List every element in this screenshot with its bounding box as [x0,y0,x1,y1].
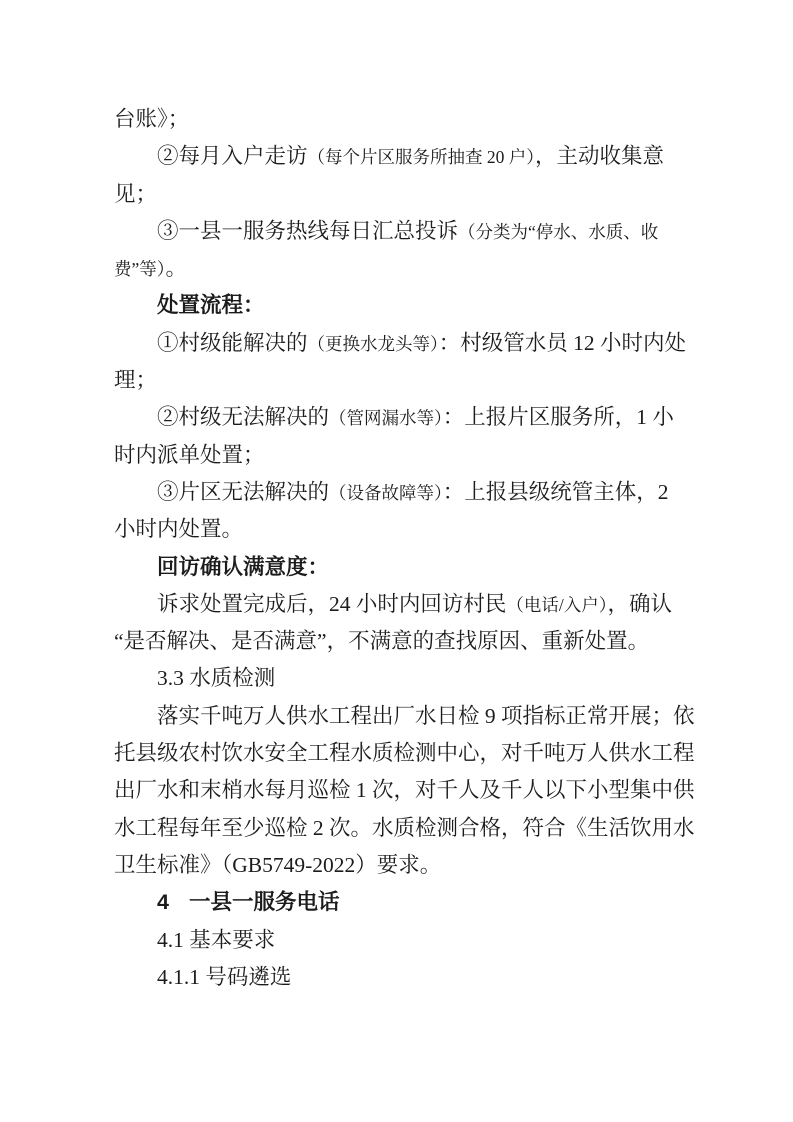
small-text-run: （分类为“停水、水质、收 [458,222,658,242]
text-line: 小时内处置。 [114,511,692,548]
document-page: 台账》；②每月入户走访（每个片区服务所抽查 20 户），主动收集意见；③一县一服… [0,0,793,1122]
text-run: ，主动收集意 [535,144,664,168]
text-run: 见； [114,182,157,206]
text-run: “是否解决、是否满意”，不满意的查找原因、重新处置。 [114,629,649,653]
text-line: 托县级农村饮水安全工程水质检测中心，对千吨万人供水工程 [114,735,692,772]
text-line: ②每月入户走访（每个片区服务所抽查 20 户），主动收集意 [114,138,692,175]
text-run: ①村级能解决的 [157,331,308,355]
small-text-run: （每个片区服务所抽查 20 户） [308,147,536,167]
text-line: ①村级能解决的（更换水龙头等）：村级管水员 12 小时内处 [114,325,692,362]
text-run: ③一县一服务热线每日汇总投诉 [157,219,458,243]
text-run: 4.1.1 号码遴选 [157,965,291,989]
text-line: 处置流程： [114,287,692,324]
text-run: 。 [166,256,188,280]
text-run: 4.1 基本要求 [157,928,275,952]
text-run: ：上报片区服务所，1 小 [443,405,674,429]
text-run: ：村级管水员 12 小时内处 [439,331,686,355]
small-text-run: （管网漏水等） [329,408,443,428]
chapter-heading-text: 一县一服务电话 [189,890,340,914]
bold-heading-text: 回访确认满意度： [157,555,329,579]
small-text-run: 费”等） [114,259,166,279]
text-line: 3.3 水质检测 [114,660,692,697]
text-run: ②村级无法解决的 [157,405,329,429]
text-run: 理； [114,368,157,392]
text-run: ②每月入户走访 [157,144,308,168]
text-line: 见； [114,176,692,213]
text-run: 3.3 水质检测 [157,666,275,690]
small-text-run: （更换水龙头等） [308,334,439,354]
text-line: ②村级无法解决的（管网漏水等）：上报片区服务所，1 小 [114,399,692,436]
text-run: 水工程每年至少巡检 2 次。水质检测合格，符合《生活饮用水 [114,816,695,840]
text-run: 出厂水和末梢水每月巡检 1 次，对千人及千人以下小型集中供 [114,778,695,802]
text-run: 托县级农村饮水安全工程水质检测中心，对千吨万人供水工程 [114,741,695,765]
text-run: 卫生标准》（GB5749-2022）要求。 [114,853,441,877]
text-line: 台账》； [114,101,692,138]
small-text-run: （设备故障等） [329,483,443,503]
text-run: ，确认 [608,592,673,616]
text-run: ③片区无法解决的 [157,480,329,504]
text-line: 理； [114,362,692,399]
text-line: 卫生标准》（GB5749-2022）要求。 [114,847,692,884]
chapter-heading-number: 4 [157,890,169,914]
text-run: 时内派单处置； [114,443,265,467]
text-line: 出厂水和末梢水每月巡检 1 次，对千人及千人以下小型集中供 [114,772,692,809]
text-line: 时内派单处置； [114,437,692,474]
text-run: 落实千吨万人供水工程出厂水日检 9 项指标正常开展；依 [157,704,695,728]
text-line: 4.1.1 号码遴选 [114,959,692,996]
bold-heading-text: 处置流程： [157,293,265,317]
text-run: ：上报县级统管主体，2 [443,480,669,504]
small-text-run: （电话/入户） [506,595,607,615]
text-line: 回访确认满意度： [114,549,692,586]
text-line: ③一县一服务热线每日汇总投诉（分类为“停水、水质、收 [114,213,692,250]
text-line: 4.1 基本要求 [114,922,692,959]
text-line: 费”等）。 [114,250,692,287]
text-run: 台账》； [114,107,189,131]
text-run: 诉求处置完成后，24 小时内回访村民 [157,592,506,616]
text-block: 台账》；②每月入户走访（每个片区服务所抽查 20 户），主动收集意见；③一县一服… [114,101,692,996]
text-line: 诉求处置完成后，24 小时内回访村民（电话/入户），确认 [114,586,692,623]
text-line: 4一县一服务电话 [114,884,692,921]
text-run: 小时内处置。 [114,517,243,541]
text-line: 落实千吨万人供水工程出厂水日检 9 项指标正常开展；依 [114,698,692,735]
text-line: ③片区无法解决的（设备故障等）：上报县级统管主体，2 [114,474,692,511]
text-line: 水工程每年至少巡检 2 次。水质检测合格，符合《生活饮用水 [114,810,692,847]
text-line: “是否解决、是否满意”，不满意的查找原因、重新处置。 [114,623,692,660]
